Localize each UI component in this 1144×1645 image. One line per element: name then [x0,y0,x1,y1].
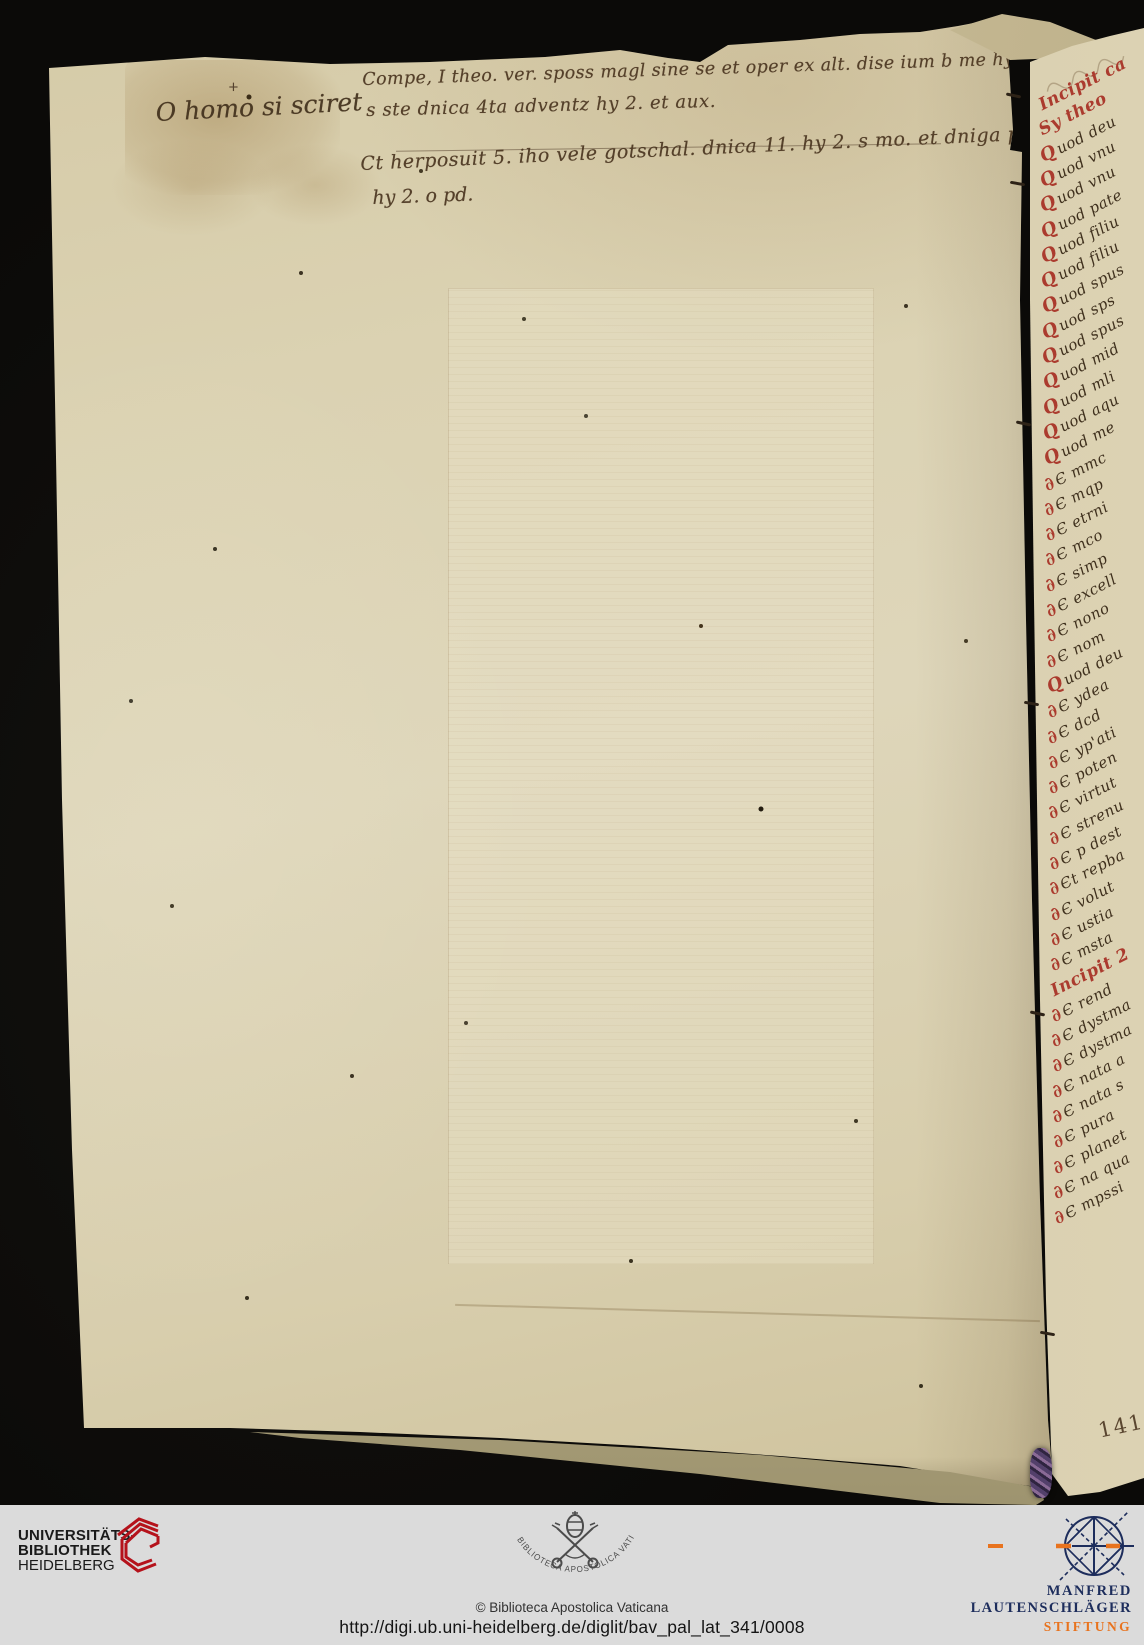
annotation-line: s ste dnica 4ta adventz hy 2. et aux. [366,91,716,121]
margin-note: O homo si sciret [155,87,363,127]
annotation-line: hy 2. o pd. [372,183,474,209]
manuscript-page: + O homo si sciret Compe, I theo. ver. s… [0,0,1144,1505]
lautenschlaeger-wordmark: MANFRED LAUTENSCHLÄGER STIFTUNG [971,1583,1132,1635]
lautenschlaeger-globe-logo-icon [1054,1511,1144,1583]
paper-stain [112,140,272,235]
folio-number: 141 [1096,1409,1144,1442]
scan-page: + O homo si sciret Compe, I theo. ver. s… [0,0,1144,1645]
annotation-line: Compe, I theo. ver. sposs magl sine se e… [362,49,1038,90]
vatican-library-emblem: BIBLIOTECA APOSTOLICA VATICANA [505,1510,645,1602]
annotation-line: Ct herposuit 5. iho vele gotschal. dnica… [360,123,1027,175]
pasted-sheet-showthrough [448,288,874,1264]
paper-crease [455,1304,1040,1322]
paper-specks [0,0,2,2]
lautenschlaeger-dash-mark [988,1544,1003,1548]
lautenschlaeger-line1: MANFRED [971,1583,1132,1600]
lautenschlaeger-line3: STIFTUNG [971,1619,1132,1635]
footer-bar: UNIVERSITÄTS- BIBLIOTHEK HEIDELBERG BIBL… [0,1505,1144,1645]
sewing-thread [1030,1448,1052,1498]
manuscript-photo: + O homo si sciret Compe, I theo. ver. s… [0,0,1144,1505]
lautenschlaeger-line2: LAUTENSCHLÄGER [971,1600,1132,1617]
heidelberg-library-logo-icon [112,1513,162,1579]
